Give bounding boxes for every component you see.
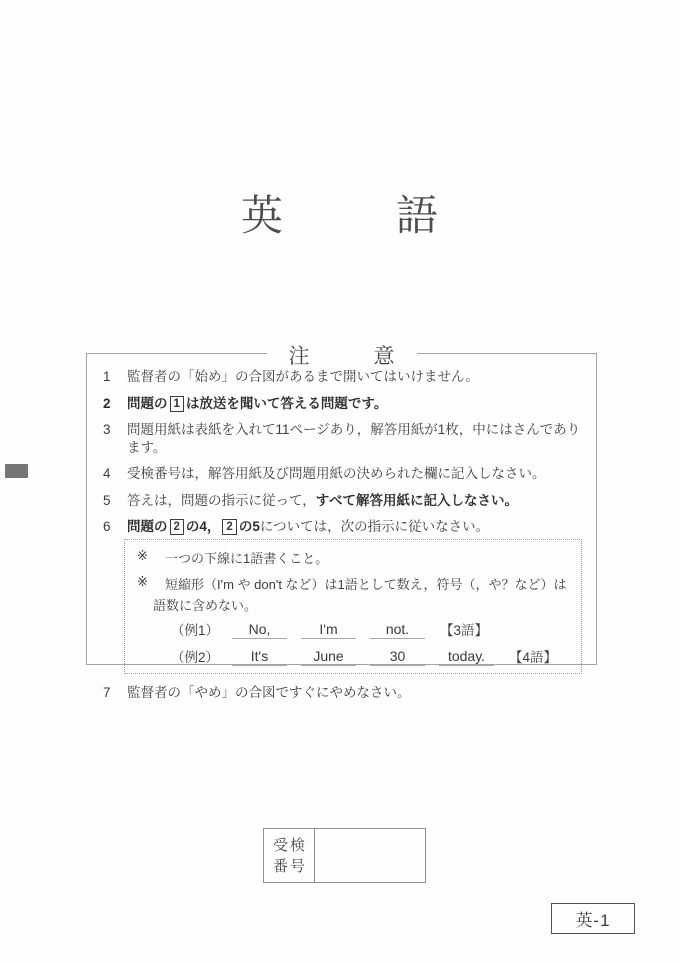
item-text: 問題の1は放送を聞いて答える問題です。 — [127, 395, 586, 413]
exam-number-label: 受検 番号 — [264, 829, 315, 882]
item-text-bold-segment: 問題の — [127, 519, 168, 534]
page-label: 英-1 — [575, 906, 610, 931]
page-title: 英 語 — [0, 183, 680, 243]
notice-header-char-2: 意 — [374, 340, 395, 370]
notice-item-2: 2 問題の1は放送を聞いて答える問題です。 — [101, 395, 586, 413]
item-text-segment: 問題の — [127, 396, 168, 411]
instructions-note-box: ※ 一つの下線に1語書くこと。 ※ 短縮形（I'm や don't など）は1語… — [124, 539, 582, 674]
item-text-segment: 答えは，問題の指示に従って， — [127, 493, 316, 508]
example-word-count: 【4語】 — [509, 646, 557, 666]
example-row-1: （例1） No, I'm not. 【3語】 — [171, 619, 573, 639]
notice-item-4: 4 受検番号は，解答用紙及び問題用紙の決められた欄に記入しなさい。 — [101, 465, 586, 483]
item-text-bold-segment: の5 — [239, 519, 260, 534]
item-number: 1 — [101, 368, 127, 386]
page-label-box: 英-1 — [551, 903, 635, 934]
notice-header: 注 意 — [267, 340, 417, 370]
notice-box: 注 意 1 監督者の「始め」の合図があるまで開いてはいけません。 2 問題の1は… — [86, 353, 597, 665]
example-word-blank: today. — [439, 648, 494, 666]
example-word-blank: No, — [232, 621, 287, 639]
notice-item-1: 1 監督者の「始め」の合図があるまで開いてはいけません。 — [101, 368, 586, 386]
item-text: 監督者の「やめ」の合図ですぐにやめなさい。 — [127, 684, 586, 702]
note-marker-icon: ※ — [137, 574, 165, 593]
notice-item-3: 3 問題用紙は表紙を入れて11ページあり，解答用紙が1枚，中にはさんであります。 — [101, 421, 586, 456]
boxed-question-number: 1 — [170, 396, 184, 412]
note-marker-icon: ※ — [137, 548, 165, 567]
notice-header-char-1: 注 — [289, 340, 310, 370]
note-text-continuation: 語数に含めない。 — [153, 595, 573, 614]
item-number: 3 — [101, 421, 127, 456]
item-text: 監督者の「始め」の合図があるまで開いてはいけません。 — [127, 368, 586, 386]
item-number: 5 — [101, 492, 127, 510]
exam-number-blank-field — [315, 829, 425, 882]
title-char-1: 英 — [241, 183, 284, 243]
exam-number-label-line2: 番号 — [271, 856, 307, 877]
scan-registration-mark — [5, 464, 28, 478]
example-word-blank: June — [301, 648, 356, 666]
item-text-segment: は放送を聞いて答える問題です。 — [186, 396, 387, 411]
item-number: 4 — [101, 465, 127, 483]
example-word-blank: not. — [370, 621, 425, 639]
example-word-blank: It's — [232, 648, 287, 666]
item-text: 答えは，問題の指示に従って，すべて解答用紙に記入しなさい。 — [127, 492, 586, 510]
example-word-count: 【3語】 — [440, 619, 488, 639]
item-text-bold-segment: の4， — [186, 519, 221, 534]
boxed-question-number: 2 — [222, 519, 236, 535]
example-row-2: （例2） It's June 30 today. 【4語】 — [171, 646, 573, 666]
item-text-segment: については，次の指示に従いなさい。 — [260, 519, 489, 534]
notice-item-6: 6 問題の2の4，2の5については，次の指示に従いなさい。 — [101, 518, 586, 536]
note-text: 一つの下線に1語書くこと。 — [165, 548, 328, 567]
example-word-blank: I'm — [301, 621, 356, 639]
notice-item-7: 7 監督者の「やめ」の合図ですぐにやめなさい。 — [101, 684, 586, 702]
item-text: 問題の2の4，2の5については，次の指示に従いなさい。 — [127, 518, 586, 536]
exam-number-label-line1: 受検 — [271, 835, 307, 856]
exam-number-box: 受検 番号 — [263, 828, 426, 883]
example-word-blank: 30 — [370, 648, 425, 666]
example-label: （例2） — [171, 646, 219, 666]
item-text: 問題用紙は表紙を入れて11ページあり，解答用紙が1枚，中にはさんであります。 — [127, 421, 586, 456]
item-text: 受検番号は，解答用紙及び問題用紙の決められた欄に記入しなさい。 — [127, 465, 586, 483]
item-number: 6 — [101, 518, 127, 536]
boxed-question-number: 2 — [170, 519, 184, 535]
note-text: 短縮形（I'm や don't など）は1語として数え，符号（，や？など）は — [165, 574, 567, 593]
item-number: 7 — [101, 684, 127, 702]
item-text-bold-segment: すべて解答用紙に記入しなさい。 — [316, 493, 518, 508]
notice-item-5: 5 答えは，問題の指示に従って，すべて解答用紙に記入しなさい。 — [101, 492, 586, 510]
title-char-2: 語 — [396, 183, 439, 243]
note-line-2: ※ 短縮形（I'm や don't など）は1語として数え，符号（，や？など）は — [137, 574, 573, 593]
example-label: （例1） — [171, 619, 219, 639]
item-number: 2 — [101, 395, 127, 413]
note-line-1: ※ 一つの下線に1語書くこと。 — [137, 548, 573, 567]
